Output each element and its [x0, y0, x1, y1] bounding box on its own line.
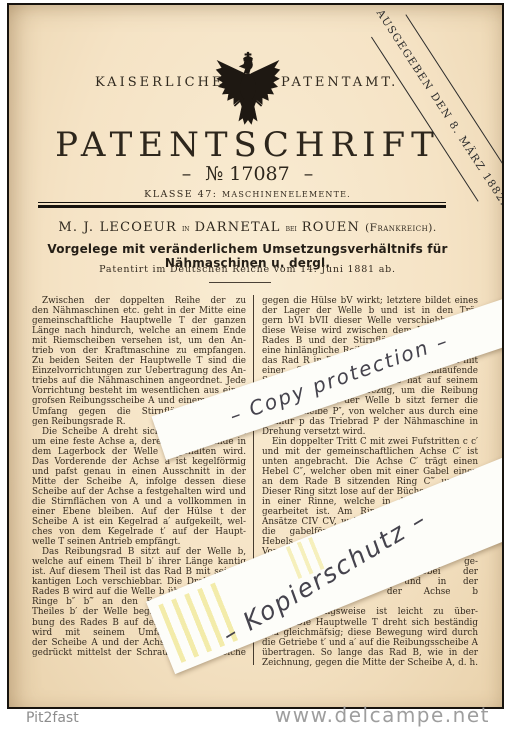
text-line: Zu beiden Seiten der Hauptwelle T sind d… — [32, 356, 246, 366]
delcampe-watermark-text: www.delcampe.net — [275, 703, 490, 727]
text-line: Scheibe auf der Achse a festgehalten wir… — [32, 487, 246, 497]
patent-number: № 17087 — [205, 163, 289, 185]
double-rule — [38, 202, 446, 208]
klasse-value: MASCHINENELEMENTE. — [222, 190, 351, 199]
text-line: und pafst genau in einen Ausschnitt in d… — [32, 467, 246, 477]
patent-date-line: Patentirt im Deutschen Reiche vom 14. Ju… — [9, 264, 486, 275]
byline-part: M. J. LECOEUR — [58, 220, 177, 235]
rule-thin-line — [38, 202, 446, 203]
seller-watermark-text: Pit2fast — [26, 710, 79, 726]
text-line: welche auf einem Theil b′ ihrer Länge ka… — [32, 557, 246, 567]
text-line: Das Reibungsrad B sitzt auf der Welle b, — [32, 547, 246, 557]
text-line: und mit der gemeinschaftlichen Achse C′ … — [262, 447, 478, 457]
text-line: ches von dem Kegelrade t′ auf der Haupt- — [32, 527, 246, 537]
text-line: Ein doppelter Tritt C mit zwei Fufstritt… — [262, 437, 478, 447]
text-line: gemeinschaftliche Hauptwelle T der ganze… — [32, 316, 246, 326]
text-line: Das Vorderende der Achse a ist kegelförm… — [32, 457, 246, 467]
text-line: Hebel C″, welcher oben mit einer Gabel e… — [262, 467, 478, 477]
byline-part: in — [182, 224, 190, 234]
text-line: mit Riemscheiben versehen ist, um den An… — [32, 336, 246, 346]
text-line: Zwischen der doppelten Reihe der zu trei… — [32, 296, 246, 306]
text-line: Zeichnung, gegen die Mitte der Scheibe A… — [262, 658, 478, 668]
text-line: und gleichmäfsig; diese Bewegung wird du… — [262, 628, 478, 638]
text-line: gegen die Hülse bV wirkt; letztere bilde… — [262, 296, 478, 306]
text-line: dem Lagerbock der Welle T gehalten wird. — [32, 447, 246, 457]
header-right-text: PATENTAMT. — [281, 75, 398, 90]
rule-thick-line — [38, 205, 446, 208]
text-line: der Lager der Welle b und ist in den Trä… — [262, 306, 478, 316]
text-line: Schnur p das Triebrad P der Nähmaschine … — [262, 417, 478, 427]
text-line: unten angebracht. Die Achse C′ trägt ein… — [262, 457, 478, 467]
text-line: die Getriebe t′ und a′ auf die Reibungss… — [262, 638, 478, 648]
imperial-eagle-icon — [214, 51, 282, 127]
byline-part: DARNETAL — [195, 220, 281, 235]
text-line: die Stirnflächen von A und a vollkommen … — [32, 497, 246, 507]
text-line: Scheibe A ist ein Kegelrad a′ aufgekeilt… — [32, 517, 246, 527]
text-line: welle T seinen Antrieb empfängt. — [32, 537, 246, 547]
section-divider — [209, 282, 271, 283]
number-dash-right: – — [304, 163, 314, 185]
klasse-label: KLASSE 47: — [144, 189, 217, 200]
byline-part: bei — [286, 224, 297, 234]
patent-document-paper: KAISERLICHES PATENTAMT. PATENTSCHRIFT –№… — [7, 3, 504, 709]
text-line: trieb von der Kraftmaschine zu empfangen… — [32, 346, 246, 356]
byline-part: ROUEN — [302, 220, 360, 235]
text-line: Mitte der Scheibe A, infolge dessen dies… — [32, 477, 246, 487]
text-line: Einzelvorrichtungen zur Uebertragung des… — [32, 366, 246, 376]
klasse-line: KLASSE 47: MASCHINENELEMENTE. — [9, 189, 486, 200]
number-dash-left: – — [182, 163, 192, 185]
text-line: übertragen. So lange das Rad B, wie in d… — [262, 648, 478, 658]
patent-schrift-title: PATENTSCHRIFT — [9, 125, 486, 165]
scanned-patent-page: KAISERLICHES PATENTAMT. PATENTSCHRIFT –№… — [0, 0, 508, 730]
text-line: einer Ebene bleiben. Auf der Hülse t der — [32, 507, 246, 517]
text-line: triebs auf die Nähmaschinen angeordnet. … — [32, 376, 246, 386]
text-line: den Nähmaschinen etc. geht in der Mitte … — [32, 306, 246, 316]
text-line: Länge nach hindurch, welche an einem End… — [32, 326, 246, 336]
text-line: Drehung versetzt wird. — [262, 427, 478, 437]
patent-number-line: –№ 17087– — [9, 163, 486, 185]
inventor-byline: M. J. LECOEURinDARNETALbeiROUEN(Frankrei… — [9, 220, 486, 235]
byline-part: (Frankreich). — [365, 222, 437, 234]
